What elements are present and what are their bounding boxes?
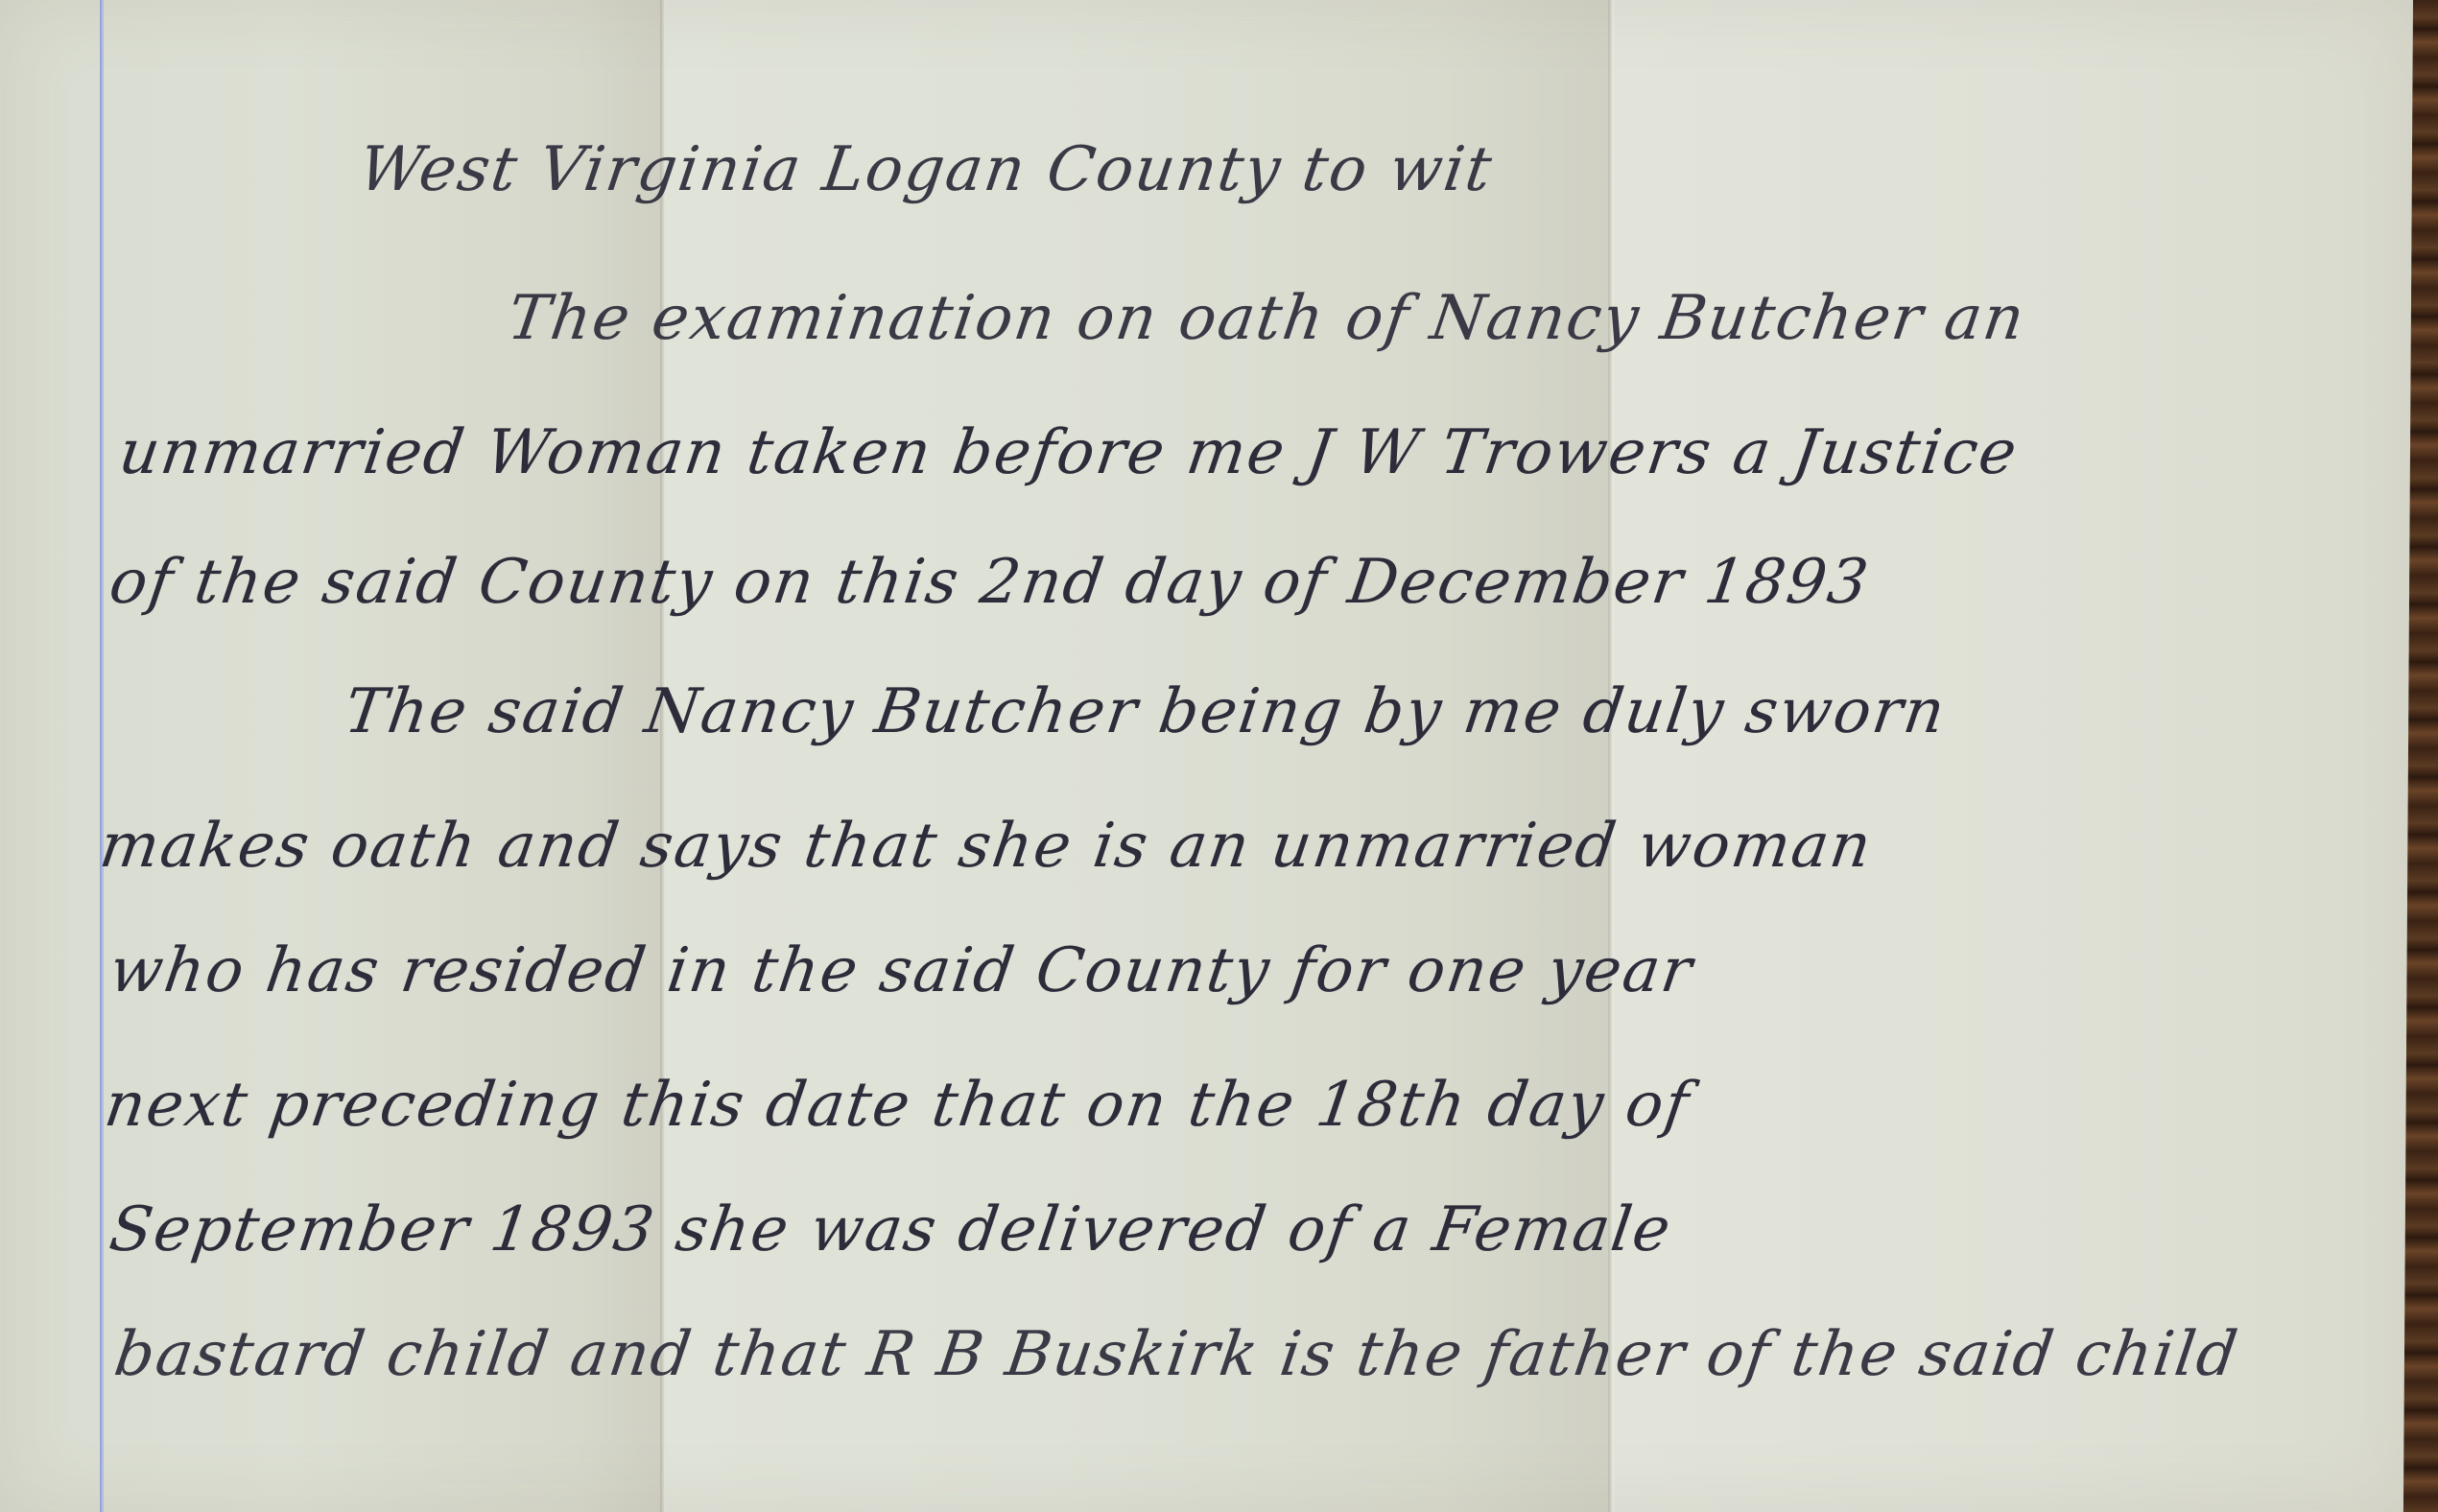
text-line: The said Nancy Butcher being by me duly … xyxy=(341,676,1951,747)
paper-sheet: West Virginia Logan County to wit The ex… xyxy=(0,0,2413,1512)
heading-venue: West Virginia Logan County to wit xyxy=(355,134,1498,205)
text-line: unmarried Woman taken before me J W Trow… xyxy=(115,417,2023,488)
document-photo: West Virginia Logan County to wit The ex… xyxy=(0,0,2438,1512)
text-line: next preceding this date that on the 18t… xyxy=(101,1070,1694,1141)
text-line: makes oath and says that she is an unmar… xyxy=(96,811,1877,882)
margin-rule xyxy=(100,0,104,1512)
text-line: who has resided in the said County for o… xyxy=(106,935,1698,1006)
text-line: The examination on oath of Nancy Butcher… xyxy=(504,283,2030,354)
text-line: bastard child and that R B Buskirk is th… xyxy=(110,1319,2243,1390)
text-line: of the said County on this 2nd day of De… xyxy=(106,547,1874,618)
text-line: September 1893 she was delivered of a Fe… xyxy=(106,1194,1676,1265)
paper-fold-crease xyxy=(660,0,666,1512)
paper-fold-crease xyxy=(1608,0,1614,1512)
